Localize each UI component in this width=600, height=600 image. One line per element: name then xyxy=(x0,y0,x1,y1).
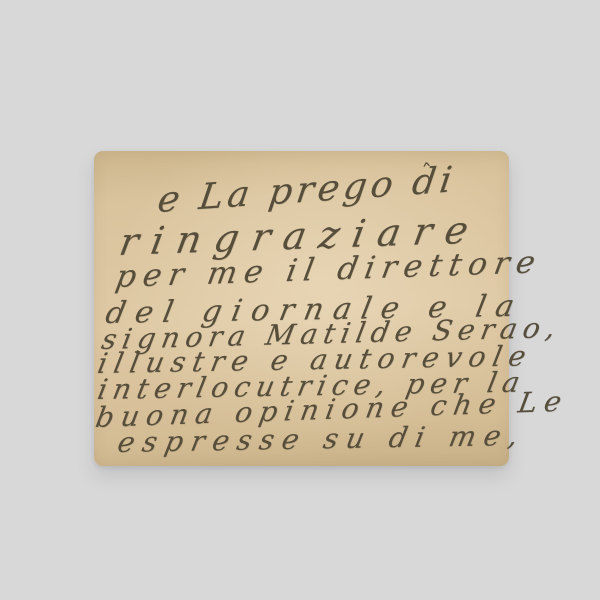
handwritten-note-card: ˆ e La prego di ringraziare per me il di… xyxy=(94,151,509,466)
handwriting-line-9: espresse su di me, xyxy=(115,422,528,457)
photo-background: ˆ e La prego di ringraziare per me il di… xyxy=(0,0,600,600)
